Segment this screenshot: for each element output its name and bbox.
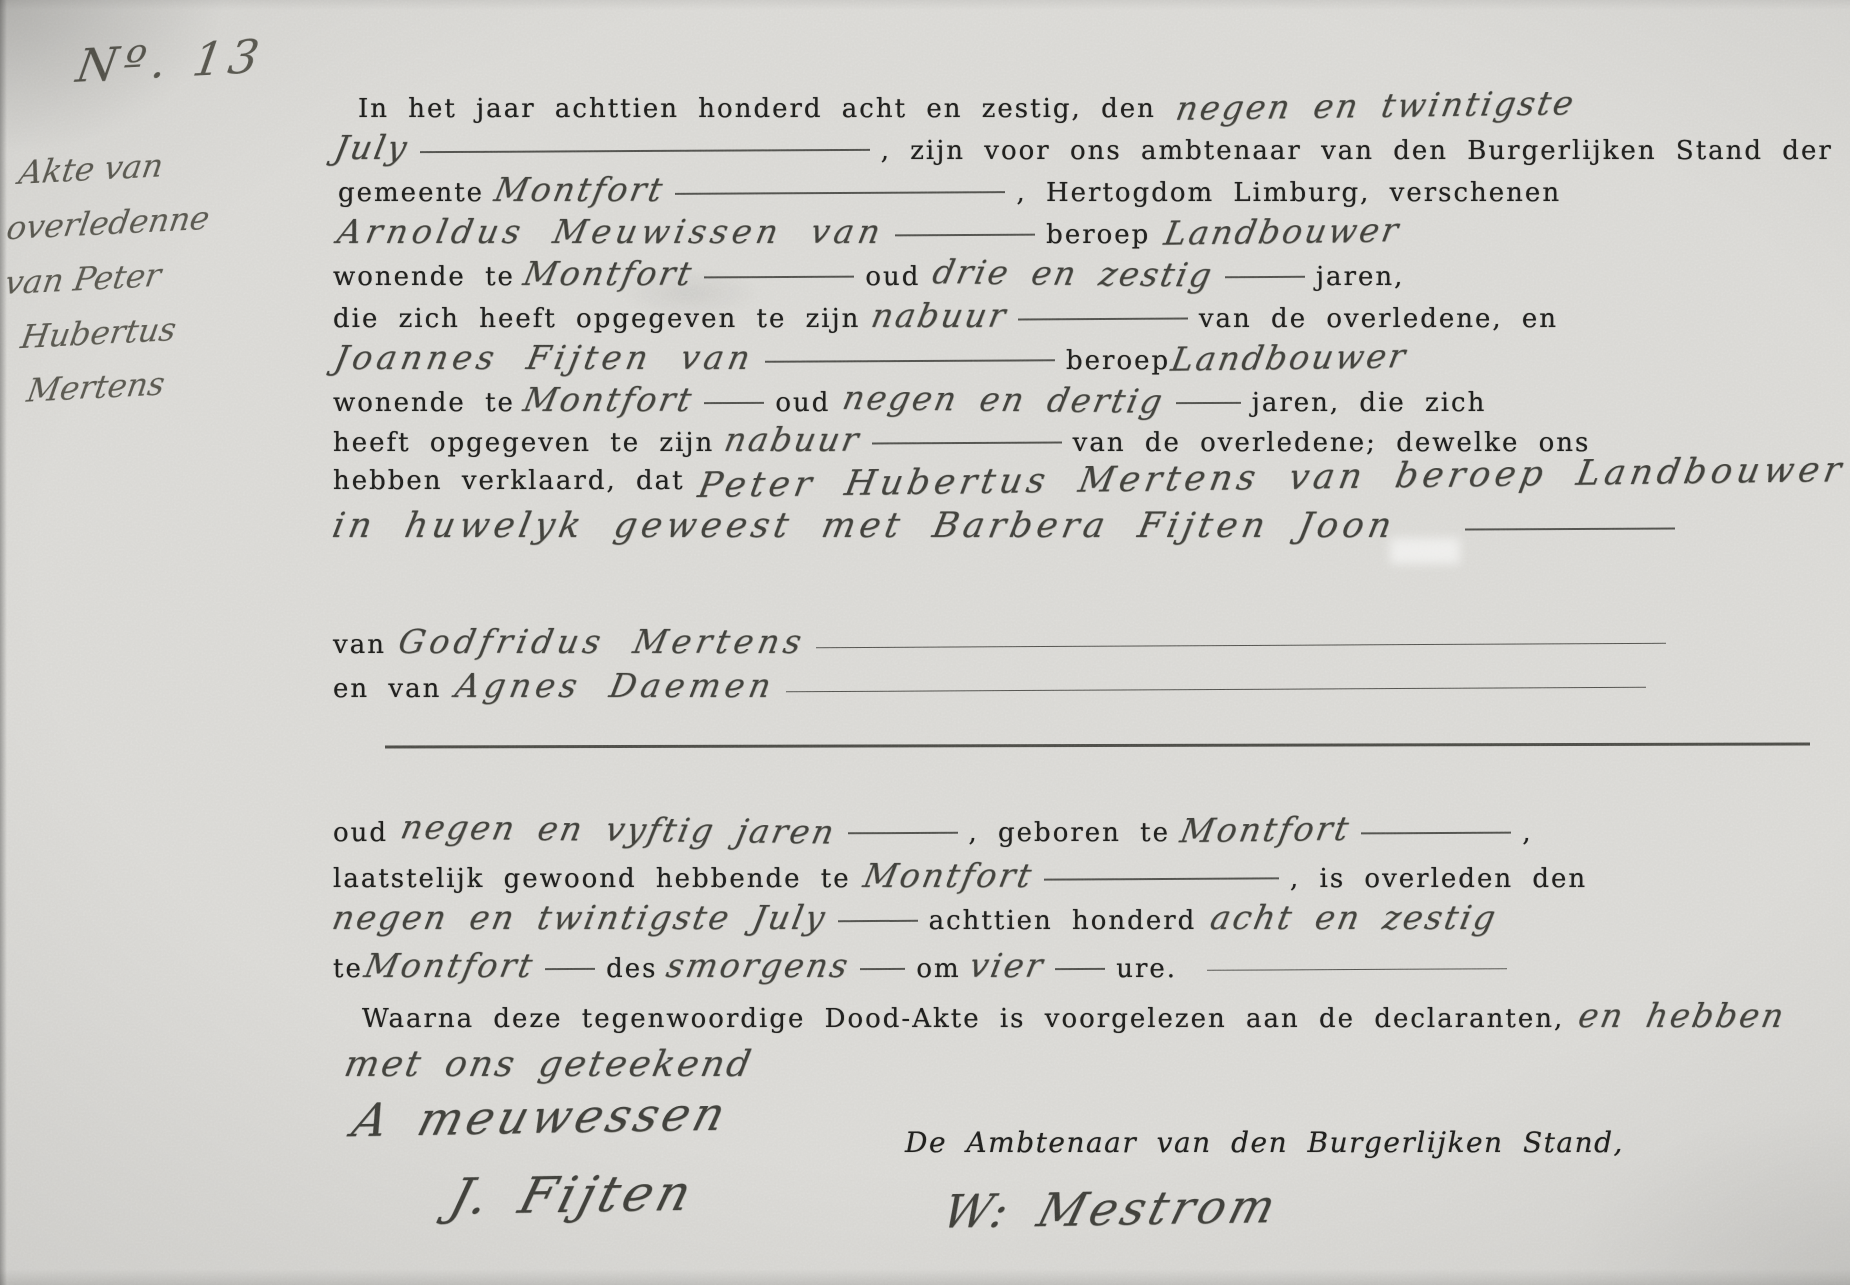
signature-block: A meuwessen <box>355 1090 727 1144</box>
body-line: laatstelijk gewoond hebbende te Montfort… <box>333 856 1587 895</box>
signature-declarant-2: J. Fijten <box>444 1164 702 1226</box>
printed-text: , <box>1522 818 1532 848</box>
printed-text: hebben verklaard, dat <box>333 466 685 496</box>
printed-text: laatstelijk gewoond hebbende te <box>333 864 851 894</box>
body-line: wonende te Montfortoud negen en dertigja… <box>333 380 1486 419</box>
handwritten-death-date: negen en twintigste July <box>329 898 830 937</box>
blank-fill-line <box>786 687 1646 693</box>
printed-text: van de overledene, en <box>1199 304 1558 334</box>
handwritten-declarant2-name: Joannes Fijten van <box>331 338 758 377</box>
printed-text: achttien honderd <box>929 906 1197 936</box>
printed-text: , is overleden den <box>1290 864 1587 894</box>
handwritten-residence: Montfort <box>520 380 697 419</box>
body-line: negen en twintigste Julyachttien honderd… <box>333 898 1498 937</box>
printed-text: van <box>333 630 386 660</box>
blank-fill-line <box>545 968 595 970</box>
printed-text: oud <box>775 388 830 418</box>
handwritten-closing: en hebben <box>1576 996 1790 1035</box>
handwritten-last-residence: Montfort <box>860 856 1037 895</box>
registrar-title: De Ambtenaar van den Burgerlijken Stand, <box>905 1126 1624 1159</box>
signature-block: J. Fijten <box>452 1166 693 1224</box>
margin-note-line: Hubertus <box>18 310 179 356</box>
blank-fill-line <box>872 442 1062 445</box>
signature-registrar: W: Mestrom <box>937 1179 1285 1239</box>
blank-fill-line <box>1044 877 1279 880</box>
printed-text: oud <box>333 818 388 848</box>
handwritten-date-day: negen en twintigste <box>1173 83 1579 128</box>
printed-text: gemeente <box>338 178 484 208</box>
body-line: die zich heeft opgegeven te zijn nabuurv… <box>333 296 1558 335</box>
body-line: in huwelyk geweest met Barbera Fijten Jo… <box>333 506 1686 546</box>
printed-text: jaren, <box>1316 262 1404 292</box>
printed-text: oud <box>865 262 920 292</box>
blank-fill-line <box>1465 527 1675 530</box>
printed-text: die zich heeft opgegeven te zijn <box>333 304 860 334</box>
handwritten-declarant1-occupation: Landbouwer <box>1162 210 1404 252</box>
blank-fill-line <box>420 149 870 153</box>
blank-fill-line <box>1018 318 1188 321</box>
separator-line <box>385 743 1810 749</box>
printed-text: om <box>916 954 960 984</box>
handwritten-death-place: Montfort <box>361 946 538 985</box>
blank-fill-line <box>1225 276 1305 278</box>
body-line: heeft opgegeven te zijn nabuurvan de ove… <box>333 420 1590 459</box>
body-line: July, zijn voor ons ambtenaar van den Bu… <box>335 128 1833 167</box>
signature-block: W: Mestrom <box>945 1182 1277 1236</box>
body-line: met ons geteekend <box>345 1044 752 1085</box>
handwritten-declarant1-age: drie en zestig <box>930 252 1218 294</box>
blank-fill-line <box>704 276 854 279</box>
blank-fill-line <box>838 920 918 922</box>
handwritten-municipality: Montfort <box>491 170 668 209</box>
blank-fill-line <box>1207 968 1507 971</box>
act-number: Nº. 13 <box>73 29 269 93</box>
blank-fill-line <box>675 191 1005 195</box>
body-line: van Godfridus Mertens <box>333 622 1677 661</box>
margin-note-line: Mertens <box>24 364 167 409</box>
printed-text: , zijn voor ons ambtenaar van den Burger… <box>881 136 1833 166</box>
printed-text: , geboren te <box>969 818 1171 848</box>
handwritten-deceased-name: Peter Hubertus Mertens van beroep Landbo… <box>695 450 1849 506</box>
margin-note-line: Akte van <box>16 146 166 191</box>
body-line: Arnoldus Meuwissen vanberoep Landbouwer <box>338 212 1400 251</box>
handwritten-time-of-day: smorgens <box>663 946 853 985</box>
body-line: hebben verklaard, dat Peter Hubertus Mer… <box>333 458 1843 498</box>
printed-text: Waarna deze tegenwoordige Dood-Akte is v… <box>362 1004 1564 1034</box>
blank-fill-line <box>860 968 905 970</box>
printed-text: beroep <box>1066 346 1170 376</box>
blank-fill-line <box>704 402 764 404</box>
printed-text: In het jaar achttien honderd acht en zes… <box>358 94 1156 124</box>
margin-note-line: overledenne <box>4 199 212 247</box>
handwritten-relation: nabuur <box>722 420 865 459</box>
margin-note-line: van Peter <box>2 256 164 302</box>
printed-text: des <box>606 954 657 984</box>
registrar-title-line: De Ambtenaar van den Burgerlijken Stand, <box>905 1126 1624 1159</box>
blank-fill-line <box>816 643 1666 648</box>
blank-fill-line <box>1055 968 1105 970</box>
handwritten-residence: Montfort <box>520 254 697 293</box>
handwritten-declarant2-age: negen en dertig <box>840 378 1169 421</box>
signature-declarant-1: A meuwessen <box>347 1087 735 1147</box>
blank-fill-line <box>1176 402 1241 404</box>
printed-text: en van <box>333 674 441 704</box>
body-line: wonende te Montfortoud drie en zestigjar… <box>333 254 1404 293</box>
body-line: Joannes Fijten vanberoepLandbouwer <box>335 338 1407 377</box>
printed-text: te <box>333 954 363 984</box>
handwritten-spouse: in huwelyk geweest met Barbera Fijten Jo… <box>329 506 1399 546</box>
handwritten-mother-name: Agnes Daemen <box>453 666 779 705</box>
handwritten-month: July <box>331 128 412 167</box>
handwritten-relation: nabuur <box>868 296 1011 335</box>
handwritten-declarant2-occupation: Landbouwer <box>1168 336 1410 378</box>
printed-text: ure. <box>1116 954 1177 984</box>
handwritten-deceased-age: negen en vyftig jaren <box>398 807 840 851</box>
blank-fill-line <box>765 359 1055 363</box>
printed-text: heeft opgegeven te zijn <box>333 428 714 458</box>
handwritten-death-year: acht en zestig <box>1208 898 1502 937</box>
blank-fill-line <box>1361 832 1511 835</box>
body-line: gemeente Montfort, Hertogdom Limburg, ve… <box>338 170 1561 209</box>
printed-text: van de overledene; dewelke ons <box>1073 428 1591 458</box>
handwritten-hour: vier <box>966 946 1048 985</box>
handwritten-declarant1-name: Arnoldus Meuwissen van <box>334 212 888 251</box>
body-line: In het jaar achttien honderd acht en zes… <box>358 86 1575 125</box>
printed-text: jaren, die zich <box>1252 388 1487 418</box>
printed-text: wonende te <box>333 262 515 292</box>
body-line: en van Agnes Daemen <box>333 666 1657 705</box>
handwritten-closing: met ons geteekend <box>341 1044 756 1085</box>
blank-fill-line <box>847 832 957 835</box>
body-line: oud negen en vyftig jaren, geboren te Mo… <box>333 810 1533 849</box>
handwritten-father-name: Godfridus Mertens <box>395 622 809 661</box>
blank-fill-line <box>895 234 1035 237</box>
printed-text: , Hertogdom Limburg, verschenen <box>1016 178 1561 208</box>
handwritten-birthplace: Montfort <box>1177 809 1354 850</box>
body-line: teMontfortdes smorgensom vierure. <box>333 946 1518 985</box>
printed-text: wonende te <box>333 388 515 418</box>
printed-text: beroep <box>1046 220 1150 250</box>
death-certificate-scan: Nº. 13 Akte van overledenne van Peter Hu… <box>0 0 1850 1285</box>
body-line: Waarna deze tegenwoordige Dood-Akte is v… <box>362 996 1786 1035</box>
